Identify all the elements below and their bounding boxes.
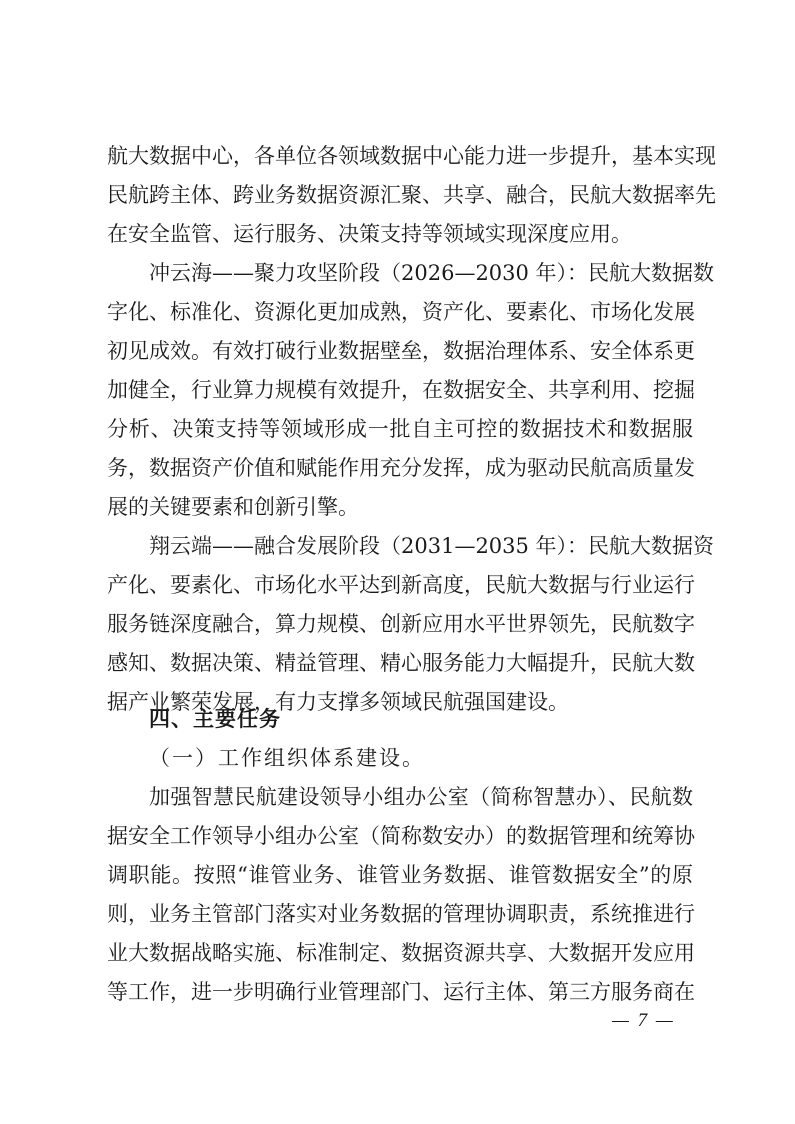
paragraph-2-line-4: 加健全，行业算力规模有效提升，在数据安全、共享利用、挖掘 xyxy=(107,375,693,405)
paragraph-1-line-2: 民航跨主体、跨业务数据资源汇聚、共享、融合，民航大数据率先 xyxy=(107,180,693,210)
paragraph-1-line-3: 在安全监管、运行服务、决策支持等领域实现深度应用。 xyxy=(107,219,693,249)
paragraph-2-line-5: 分析、决策支持等领域形成一批自主可控的数据技术和数据服 xyxy=(107,414,693,444)
paragraph-4-line-1: 加强智慧民航建设领导小组办公室（简称智慧办）、民航数 xyxy=(149,782,693,812)
paragraph-3-line-3: 服务链深度融合，算力规模、创新应用水平世界领先，民航数字 xyxy=(107,609,693,639)
paragraph-2-line-7: 展的关键要素和创新引擎。 xyxy=(107,492,693,522)
paragraph-3-line-2: 产化、要素化、市场化水平达到新高度，民航大数据与行业运行 xyxy=(107,570,693,600)
paragraph-3-line-4: 感知、数据决策、精益管理、精心服务能力大幅提升，民航大数 xyxy=(107,648,693,678)
page-number: — 7 — xyxy=(612,1008,675,1034)
paragraph-2-line-3: 初见成效。有效打破行业数据壁垒，数据治理体系、安全体系更 xyxy=(107,336,693,366)
paragraph-1-line-1: 航大数据中心，各单位各领域数据中心能力进一步提升，基本实现 xyxy=(107,141,693,171)
paragraph-4-line-3: 调职能。按照“谁管业务、谁管业务数据、谁管数据安全”的原 xyxy=(107,860,693,890)
section-heading: 四、主要任务 xyxy=(149,704,281,734)
paragraph-2-line-6: 务，数据资产价值和赋能作用充分发挥，成为驱动民航高质量发 xyxy=(107,453,693,483)
paragraph-2-line-2: 字化、标准化、资源化更加成熟，资产化、要素化、市场化发展 xyxy=(107,297,693,327)
paragraph-4-line-2: 据安全工作领导小组办公室（简称数安办）的数据管理和统筹协 xyxy=(107,821,693,851)
paragraph-4-line-5: 业大数据战略实施、标准制定、数据资源共享、大数据开发应用 xyxy=(107,938,693,968)
paragraph-4-line-6: 等工作，进一步明确行业管理部门、运行主体、第三方服务商在 xyxy=(107,977,693,1007)
subsection-heading: （一）工作组织体系建设。 xyxy=(149,743,425,773)
paragraph-4-line-4: 则，业务主管部门落实对业务数据的管理协调职责，系统推进行 xyxy=(107,899,693,929)
paragraph-3-line-1: 翔云端——融合发展阶段（2031—2035 年）：民航大数据资 xyxy=(149,531,693,561)
document-page: 航大数据中心，各单位各领域数据中心能力进一步提升，基本实现 民航跨主体、跨业务数… xyxy=(0,0,795,1124)
paragraph-2-line-1: 冲云海——聚力攻坚阶段（2026—2030 年）：民航大数据数 xyxy=(149,258,693,288)
